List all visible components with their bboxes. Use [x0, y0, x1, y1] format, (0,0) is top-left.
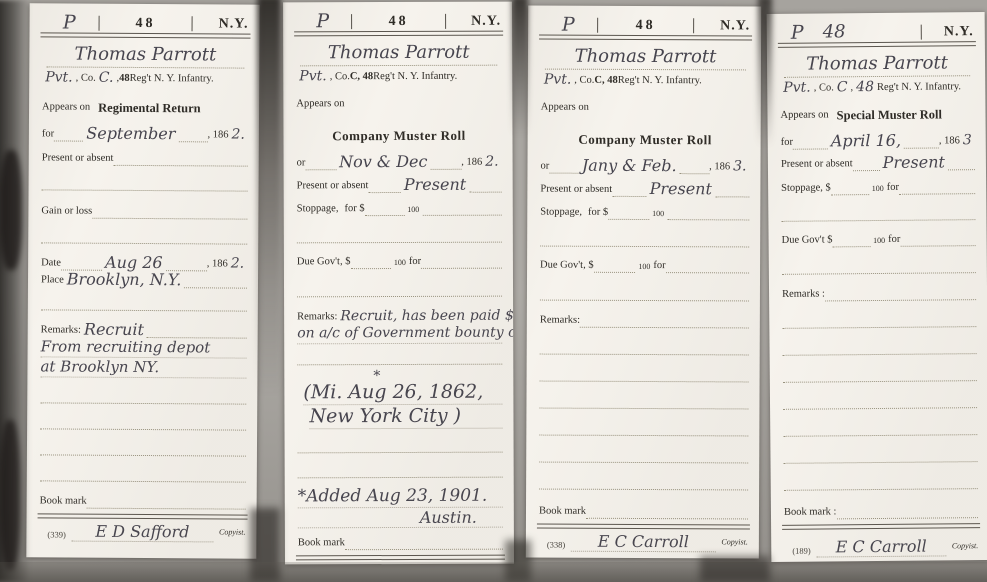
dotted-line	[594, 259, 636, 273]
book-mark-line: Book mark	[298, 536, 503, 551]
blank-line	[540, 234, 749, 248]
asterisk-mark: *	[373, 371, 504, 381]
dotted-line	[667, 206, 749, 220]
added-note-signer: Austin.	[298, 508, 503, 529]
blank-line	[298, 440, 503, 454]
blank-line	[540, 342, 749, 356]
blank-line	[41, 230, 247, 244]
copyist-label: Copyist.	[952, 541, 979, 550]
book-mark-label: Book mark :	[784, 505, 837, 519]
blank-line	[539, 477, 748, 491]
header-divider	[98, 16, 99, 31]
blank-line	[41, 297, 247, 311]
copyist-label: Copyist.	[721, 537, 747, 546]
stoppage-line: Stoppage, for $ 100	[297, 202, 502, 217]
dotted-line	[836, 504, 978, 519]
card-header: P 48 N.Y.	[780, 18, 974, 42]
regiment-value: 48	[856, 80, 874, 95]
blank-line	[40, 390, 246, 404]
copyist-signature: E C Carroll	[330, 563, 470, 565]
double-rule	[782, 523, 980, 530]
dotted-line	[421, 255, 502, 269]
book-mark-label: Book mark	[40, 494, 87, 508]
rank-value: Pvt.	[299, 69, 326, 84]
gain-loss-line: Gain or loss	[41, 204, 247, 219]
present-line: Present or absent	[42, 151, 248, 166]
appears-on-line: Appears on Special Muster Roll	[780, 107, 974, 123]
scan-shadow-bottom-strip	[0, 562, 987, 582]
copyist-signature: E C Carroll	[817, 536, 946, 557]
dotted-line	[184, 274, 247, 288]
present-value: Present	[650, 180, 712, 197]
company-value: C	[837, 80, 848, 95]
due-govt-line: Due Gov't, $ 100 for	[297, 255, 502, 270]
card-header: P 48 N.Y.	[541, 12, 750, 35]
blank-line	[298, 465, 503, 479]
regiment-number: 48	[815, 23, 919, 42]
present-value: Present	[404, 176, 466, 193]
dotted-line	[832, 233, 870, 247]
due-govt-label: Due Gov't, $	[297, 255, 351, 269]
company-label: , Co.	[814, 81, 834, 95]
stoppage-label: Stoppage,	[297, 202, 339, 216]
unit-suffix: Reg't N. Y. Infantry.	[618, 74, 702, 88]
header-divider	[693, 18, 694, 33]
period-label: or	[540, 160, 549, 174]
blank-line	[40, 468, 246, 482]
dotted-line	[825, 286, 976, 301]
double-rule	[296, 555, 505, 561]
regiment-number: 48	[600, 18, 690, 34]
place-line: Place Brooklyn, N.Y.	[41, 270, 247, 288]
remarks-continued: From recruiting depot	[41, 337, 247, 358]
dotted-line	[831, 181, 869, 195]
dotted-line	[178, 128, 207, 142]
double-rule	[778, 41, 976, 48]
cents-fraction: 100	[635, 261, 653, 273]
remarks-line: Remarks:	[540, 314, 749, 329]
cents-fraction: 100	[870, 235, 888, 247]
dotted-line	[549, 160, 579, 174]
dotted-line	[666, 259, 750, 273]
scan-shadow-left-blotch	[0, 420, 20, 570]
book-mark-label: Book mark	[298, 536, 345, 550]
cents-fraction: 100	[869, 183, 887, 195]
company-letter: P	[541, 16, 595, 34]
appears-on-line: Appears on	[541, 101, 750, 116]
unit-line: Pvt. , Co. C, 48 Reg't N. Y. Infantry.	[296, 69, 501, 85]
dotted-line	[586, 505, 748, 520]
due-govt-line: Due Gov't, $ 100 for	[540, 259, 749, 274]
company-letter: P	[43, 13, 97, 31]
period-line: or Jany & Feb. , 186 3.	[540, 157, 749, 175]
dotted-line	[350, 255, 390, 269]
year-digit: 2.	[231, 128, 244, 143]
rank-value: Pvt.	[783, 81, 811, 96]
header-divider	[597, 18, 598, 33]
blank-line	[297, 284, 502, 298]
appears-on-label: Appears on	[780, 108, 828, 122]
remarks-value: Recruit	[84, 321, 144, 338]
regiment-value: 48	[119, 72, 130, 86]
date-value: Aug 26	[105, 254, 163, 271]
muster-card-jan-feb-1863: P 48 N.Y. Thomas Parrott Pvt. , Co. C, 4…	[526, 5, 761, 558]
blank-line	[539, 396, 748, 410]
blank-line	[540, 288, 749, 302]
appears-on-label: Appears on	[296, 97, 344, 111]
period-value: Jany & Feb.	[582, 157, 677, 174]
blank-line	[297, 352, 502, 366]
blank-line	[783, 368, 977, 383]
remarks-continued: at Brooklyn NY.	[40, 357, 246, 378]
roll-title: Company Muster Roll	[294, 128, 503, 145]
period-value: September	[86, 125, 175, 143]
present-label: Present or absent	[42, 151, 114, 165]
dotted-line	[469, 179, 502, 193]
blank-line	[782, 314, 976, 329]
scan-shadow-gap-1	[257, 0, 281, 396]
present-line: Present or absent Present	[297, 176, 502, 194]
period-value: Nov & Dec	[339, 153, 427, 170]
stoppage-label: Stoppage,	[540, 206, 582, 220]
stoppage-line: Stoppage, for $ 100	[540, 206, 749, 221]
muster-note-line: New York City )	[309, 405, 502, 430]
period-label: or	[297, 156, 306, 170]
company-regiment-printed: C, 48	[350, 70, 373, 84]
remarks-line: Remarks: Recruit	[41, 320, 247, 338]
blank-line	[40, 416, 246, 430]
company-label: , Co.	[76, 72, 96, 86]
gain-loss-label: Gain or loss	[41, 204, 92, 218]
blank-line	[781, 207, 975, 222]
unit-line: Pvt. , Co. C. , 48 Reg't N. Y. Infantry.	[42, 70, 248, 86]
stoppage-line: Stoppage, $ 100 for	[781, 180, 975, 196]
copyist-signature: E C Carroll	[571, 532, 715, 553]
company-letter: P	[296, 12, 349, 30]
place-value: Brooklyn, N.Y.	[67, 271, 182, 289]
cents-fraction: 100	[404, 204, 422, 216]
remarks-label: Remarks:	[41, 323, 81, 337]
present-label: Present or absent	[781, 157, 853, 172]
stoppage-label: Stoppage, $	[781, 181, 831, 195]
dotted-line	[900, 232, 975, 247]
soldier-name: Thomas Parrott	[46, 42, 244, 68]
dotted-line	[680, 160, 710, 174]
book-mark-line: Book mark :	[784, 504, 978, 520]
blank-line	[783, 422, 977, 437]
form-number: (189)	[792, 546, 811, 556]
blank-line	[783, 395, 977, 410]
date-label: Date	[41, 256, 61, 270]
soldier-name: Thomas Parrott	[545, 45, 746, 71]
scan-shadow-gap-2	[512, 0, 528, 136]
period-line: or Nov & Dec , 186 2.	[297, 153, 502, 171]
dotted-line	[345, 536, 503, 551]
present-line: Present or absent Present	[781, 153, 975, 172]
signature-line: (338) E C Carroll Copyist.	[539, 532, 748, 553]
muster-note-line: (Mi. Aug 26, 1862,	[303, 381, 502, 406]
remarks-value: Recruit, has been paid $25.00	[340, 308, 514, 324]
dotted-line	[612, 183, 647, 197]
period-label: for	[42, 127, 54, 141]
dotted-line	[715, 183, 750, 197]
due-govt-line: Due Gov't $ 100 for	[782, 232, 976, 248]
regiment-number: 48	[101, 16, 190, 33]
dotted-line	[422, 202, 502, 216]
soldier-name: Thomas Parrott	[300, 41, 497, 67]
form-number: (338)	[547, 540, 565, 550]
appears-on-label: Appears on	[541, 101, 589, 115]
company-value: C.	[99, 71, 114, 86]
year-digit: 3	[963, 133, 972, 148]
blank-line	[782, 341, 976, 356]
unit-line: Pvt. , Co. C, 48 Reg't N. Y. Infantry.	[541, 73, 750, 89]
appears-on-label: Appears on	[42, 100, 90, 114]
present-label: Present or absent	[540, 183, 612, 197]
unit-suffix: Reg't N. Y. Infantry.	[130, 72, 214, 87]
company-letter: P	[780, 24, 815, 42]
scan-shadow-left-blotch	[0, 150, 22, 270]
blank-line	[784, 476, 978, 491]
period-value: April 16,	[831, 132, 901, 150]
present-label: Present or absent	[297, 179, 369, 193]
place-label: Place	[41, 273, 64, 287]
header-divider	[920, 25, 921, 40]
double-rule	[537, 524, 750, 530]
dotted-line	[430, 156, 461, 170]
signature-line: (338) E C Carroll Copyist.	[298, 563, 503, 565]
blank-line	[42, 177, 248, 191]
year-digit: 3.	[733, 159, 746, 174]
scanned-document-page: { "colors":{"paper":"#f6f3ed","printed_i…	[0, 0, 987, 582]
period-line: for April 16, , 186 3	[781, 131, 975, 150]
unit-line: Pvt. , Co. C , 48 Reg't N. Y. Infantry.	[780, 79, 974, 96]
soldier-name: Thomas Parrott	[784, 51, 970, 78]
remarks-line: Remarks :	[782, 286, 976, 302]
muster-card-special-muster-roll: P 48 N.Y. Thomas Parrott Pvt. , Co. C , …	[767, 12, 987, 562]
added-note-line: *Added Aug 23, 1901.	[298, 486, 503, 509]
card-header: P 48 N.Y.	[296, 8, 501, 31]
card-header: P 48 N.Y.	[43, 9, 249, 32]
header-divider	[351, 14, 352, 29]
company-regiment-printed: C, 48	[594, 74, 617, 88]
state-abbreviation: N.Y.	[195, 16, 249, 32]
dotted-line	[113, 152, 247, 167]
dotted-line	[87, 495, 246, 510]
present-value: Present	[883, 153, 945, 171]
book-mark-line: Book mark	[40, 494, 246, 509]
cents-fraction: 100	[391, 257, 409, 269]
blank-line	[539, 423, 748, 437]
period-line: for September , 186 2.	[42, 124, 248, 142]
company-label: , Co.	[574, 74, 594, 88]
appears-on-line: Appears on Regimental Return	[42, 100, 248, 115]
present-line: Present or absent Present	[540, 180, 749, 198]
year-digit: 2.	[231, 257, 244, 272]
due-govt-label: Due Gov't $	[782, 233, 833, 247]
blank-line	[782, 260, 976, 275]
company-label: , Co.	[330, 70, 350, 84]
dotted-line	[608, 206, 649, 220]
due-govt-label: Due Gov't, $	[540, 259, 594, 273]
dotted-line	[92, 205, 247, 220]
copyist-signature: E D Safford	[72, 522, 213, 543]
blank-line	[297, 230, 502, 244]
dotted-line	[793, 135, 828, 149]
dotted-line	[54, 127, 83, 141]
double-rule	[38, 513, 248, 519]
dotted-line	[305, 156, 336, 170]
remarks-label: Remarks:	[297, 310, 337, 324]
form-number: (339)	[47, 529, 65, 539]
remarks-label: Remarks:	[540, 314, 580, 328]
muster-card-nov-dec-1862: P 48 N.Y. Thomas Parrott Pvt. , Co. C, 4…	[283, 2, 514, 565]
rank-value: Pvt.	[45, 70, 72, 85]
blank-line	[40, 442, 246, 456]
blank-line	[540, 369, 749, 383]
blank-line	[539, 450, 748, 464]
regiment-number: 48	[354, 14, 442, 30]
remarks-line: Remarks: Recruit, has been paid $25.00	[297, 309, 502, 325]
state-abbreviation: N.Y.	[923, 24, 974, 40]
unit-suffix: Reg't N. Y. Infantry.	[373, 70, 457, 84]
year-digit: 2.	[485, 155, 498, 170]
blank-line	[783, 449, 977, 464]
signature-line: (339) E D Safford Copyist.	[39, 521, 245, 542]
header-divider	[445, 14, 446, 29]
header-divider	[192, 16, 193, 31]
cents-fraction: 100	[649, 208, 667, 220]
dotted-line	[368, 179, 401, 193]
state-abbreviation: N.Y.	[696, 18, 750, 34]
copyist-label: Copyist.	[219, 527, 246, 536]
remarks-label: Remarks :	[782, 287, 825, 301]
dotted-line	[899, 180, 975, 195]
roll-title: Special Muster Roll	[837, 107, 942, 122]
dotted-line	[853, 157, 880, 171]
book-mark-label: Book mark	[539, 505, 586, 519]
dotted-line	[580, 314, 749, 329]
dotted-line	[147, 324, 247, 339]
scan-shadow-left-edge	[0, 0, 30, 582]
dotted-line	[365, 202, 405, 216]
state-abbreviation: N.Y.	[448, 14, 501, 30]
dotted-line	[904, 134, 939, 148]
rank-value: Pvt.	[544, 73, 571, 88]
dotted-line	[948, 156, 975, 170]
signature-line: (189) E C Carroll Copyist.	[784, 536, 978, 558]
muster-card-regimental-return: P 48 N.Y. Thomas Parrott Pvt. , Co. C. ,…	[26, 3, 259, 558]
remarks-continued: on a/c of Government bounty of $100.00	[297, 324, 502, 345]
roll-title: Company Muster Roll	[539, 132, 752, 149]
scan-shadow-bottom-blotch	[700, 556, 770, 582]
roll-title: Regimental Return	[98, 101, 201, 116]
appears-on-line: Appears on	[296, 97, 501, 112]
unit-suffix: Reg't N. Y. Infantry.	[877, 80, 961, 95]
period-label: for	[781, 136, 793, 150]
book-mark-line: Book mark	[539, 505, 748, 520]
